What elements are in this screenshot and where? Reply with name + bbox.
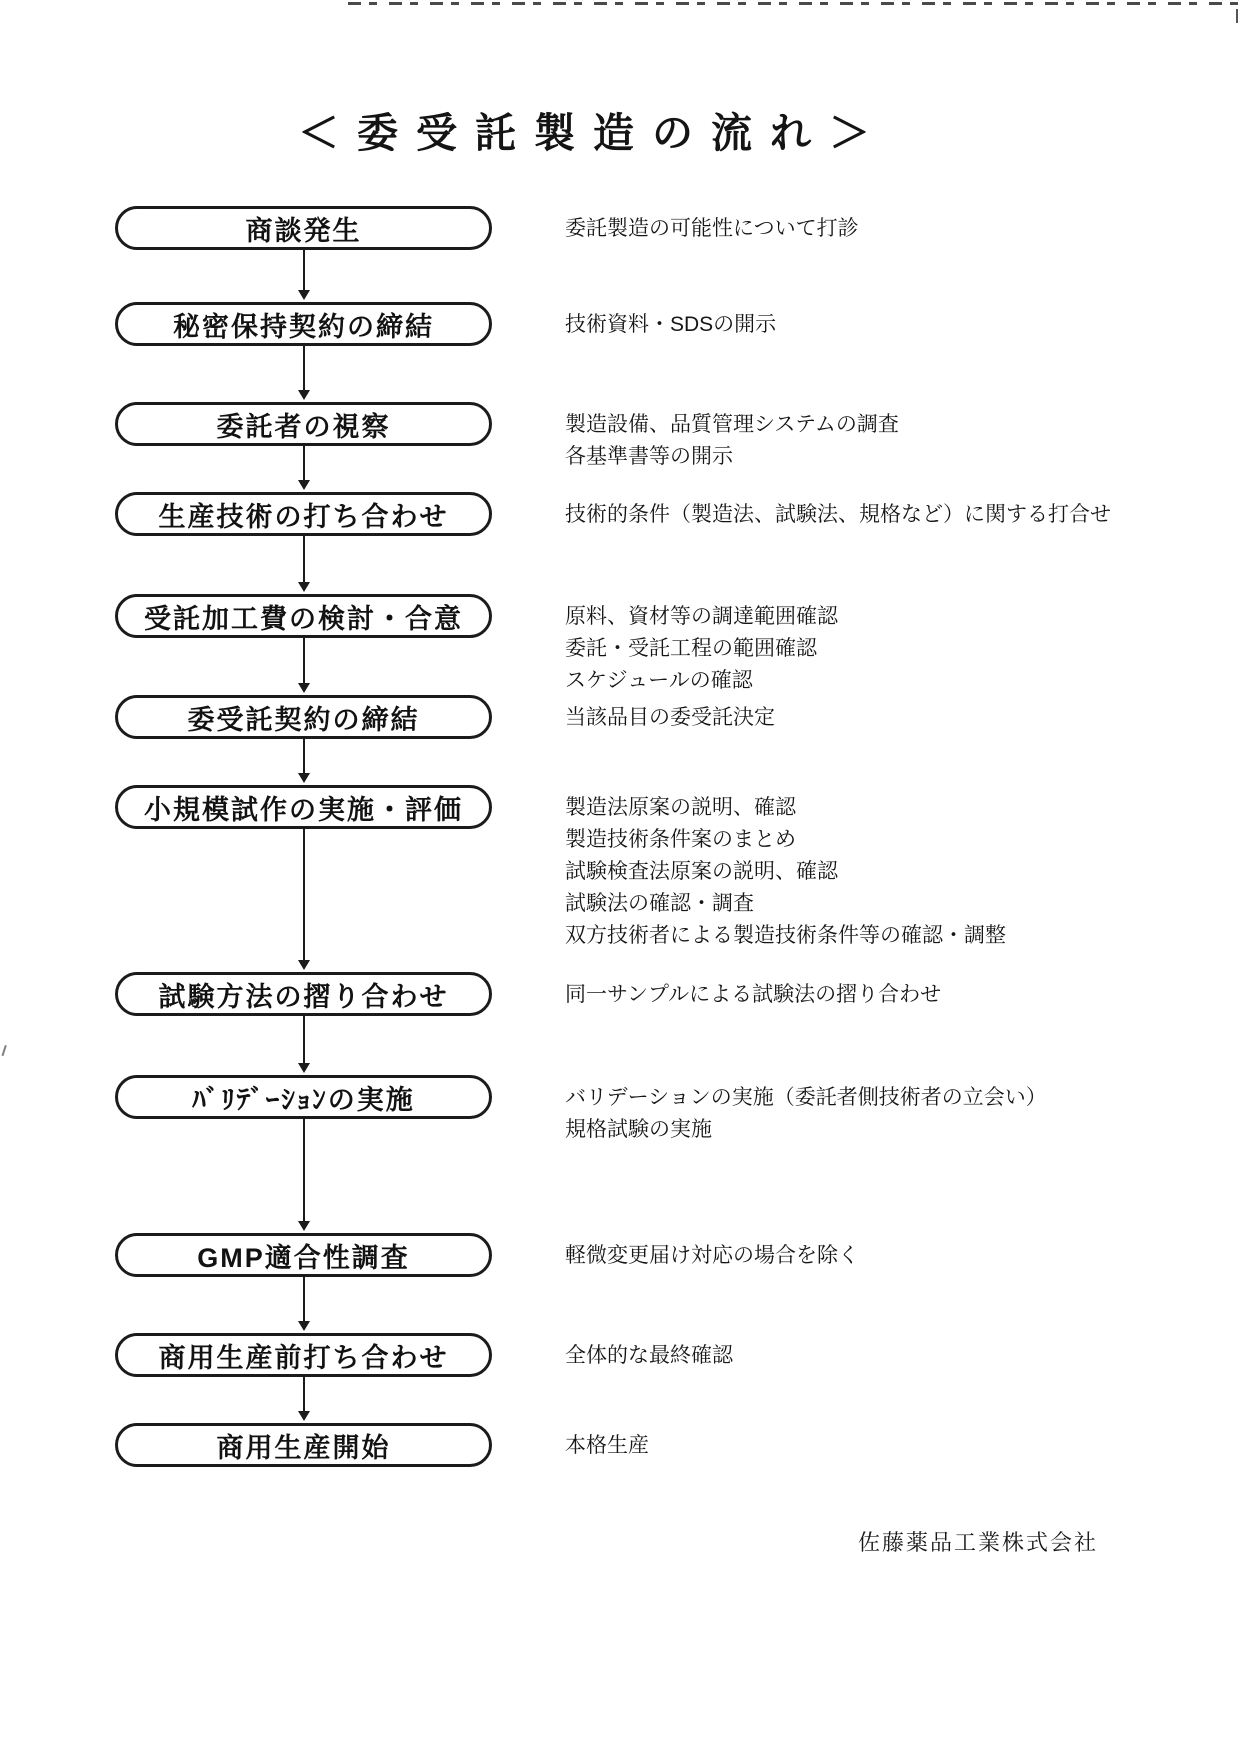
flow-step-notes-6: 当該品目の委受託決定 (565, 702, 775, 734)
step-note: 当該品目の委受託決定 (565, 702, 775, 734)
step-note: 規格試験の実施 (565, 1114, 1047, 1146)
step-note: 技術的条件（製造法、試験法、規格など）に関する打合せ (565, 499, 1111, 531)
flow-step-label-5: 受託加工費の検討・合意 (144, 597, 463, 636)
step-note: 委託・受託工程の範囲確認 (565, 633, 838, 665)
flow-step-box-5: 受託加工費の検討・合意 (115, 594, 492, 638)
flow-step-notes-8: 同一サンプルによる試験法の摺り合わせ (565, 979, 941, 1011)
flow-step-box-7: 小規模試作の実施・評価 (115, 785, 492, 829)
step-note: 委託製造の可能性について打診 (565, 213, 859, 245)
down-arrow-icon (284, 1119, 324, 1231)
step-note: 製造設備、品質管理システムの調査 (565, 409, 899, 441)
company-name: 佐藤薬品工業株式会社 (858, 1526, 1098, 1557)
down-arrow-icon (284, 446, 324, 490)
page-title: ＜委受託製造の流れ＞ (298, 100, 888, 159)
step-note: 試験検査法原案の説明、確認 (565, 856, 1006, 888)
step-note: スケジュールの確認 (565, 665, 838, 697)
down-arrow-icon (284, 1016, 324, 1073)
flow-step-notes-4: 技術的条件（製造法、試験法、規格など）に関する打合せ (565, 499, 1111, 531)
down-arrow-icon (284, 536, 324, 592)
step-note: 試験法の確認・調査 (565, 888, 1006, 920)
flow-step-box-1: 商談発生 (115, 206, 492, 250)
scan-artifact-corner-tick (1236, 9, 1238, 23)
flow-step-label-2: 秘密保持契約の締結 (173, 305, 434, 344)
step-note: 各基準書等の開示 (565, 441, 899, 473)
step-note: 本格生産 (565, 1430, 649, 1462)
step-note: 全体的な最終確認 (565, 1340, 733, 1372)
flow-step-notes-10: 軽微変更届け対応の場合を除く (565, 1240, 859, 1272)
down-arrow-icon (284, 638, 324, 693)
down-arrow-icon (284, 1377, 324, 1421)
flow-step-notes-5: 原料、資材等の調達範囲確認 委託・受託工程の範囲確認 スケジュールの確認 (565, 601, 838, 697)
flow-step-label-10: GMP適合性調査 (197, 1236, 410, 1275)
flow-step-box-10: GMP適合性調査 (115, 1233, 492, 1277)
scan-artifact-top-dashed-line (348, 2, 1241, 5)
step-note: 双方技術者による製造技術条件等の確認・調整 (565, 920, 1006, 952)
flow-step-notes-7: 製造法原案の説明、確認 製造技術条件案のまとめ 試験検査法原案の説明、確認 試験… (565, 792, 1006, 952)
scan-artifact-left-mark (1, 1045, 12, 1058)
down-arrow-icon (284, 346, 324, 400)
flow-step-box-6: 委受託契約の締結 (115, 695, 492, 739)
step-note: 同一サンプルによる試験法の摺り合わせ (565, 979, 941, 1011)
step-note: 技術資料・SDSの開示 (565, 309, 776, 341)
flow-step-box-4: 生産技術の打ち合わせ (115, 492, 492, 536)
step-note: 製造技術条件案のまとめ (565, 824, 1006, 856)
flow-step-box-12: 商用生産開始 (115, 1423, 492, 1467)
flow-step-notes-9: バリデーションの実施（委託者側技術者の立会い） 規格試験の実施 (565, 1082, 1047, 1146)
flow-step-notes-12: 本格生産 (565, 1430, 649, 1462)
down-arrow-icon (284, 250, 324, 300)
flow-step-label-11: 商用生産前打ち合わせ (159, 1336, 449, 1375)
flow-step-label-7: 小規模試作の実施・評価 (144, 788, 463, 827)
flow-step-label-9: ﾊﾞﾘﾃﾞｰｼｮﾝの実施 (192, 1078, 415, 1117)
flow-step-label-4: 生産技術の打ち合わせ (159, 495, 449, 534)
flow-step-box-2: 秘密保持契約の締結 (115, 302, 492, 346)
flow-step-label-12: 商用生産開始 (217, 1426, 391, 1465)
down-arrow-icon (284, 1277, 324, 1331)
step-note: バリデーションの実施（委託者側技術者の立会い） (565, 1082, 1047, 1114)
flow-step-box-11: 商用生産前打ち合わせ (115, 1333, 492, 1377)
step-note: 軽微変更届け対応の場合を除く (565, 1240, 859, 1272)
flow-step-label-1: 商談発生 (246, 209, 362, 248)
flow-step-box-8: 試験方法の摺り合わせ (115, 972, 492, 1016)
flow-step-box-3: 委託者の視察 (115, 402, 492, 446)
flow-step-box-9: ﾊﾞﾘﾃﾞｰｼｮﾝの実施 (115, 1075, 492, 1119)
flow-step-label-3: 委託者の視察 (217, 405, 391, 444)
flow-step-notes-1: 委託製造の可能性について打診 (565, 213, 859, 245)
step-note: 原料、資材等の調達範囲確認 (565, 601, 838, 633)
flow-step-notes-11: 全体的な最終確認 (565, 1340, 733, 1372)
step-note: 製造法原案の説明、確認 (565, 792, 1006, 824)
flow-step-label-8: 試験方法の摺り合わせ (159, 975, 449, 1014)
down-arrow-icon (284, 829, 324, 970)
down-arrow-icon (284, 739, 324, 783)
flow-step-label-6: 委受託契約の締結 (188, 698, 420, 737)
flow-step-notes-3: 製造設備、品質管理システムの調査 各基準書等の開示 (565, 409, 899, 473)
flow-step-notes-2: 技術資料・SDSの開示 (565, 309, 776, 341)
